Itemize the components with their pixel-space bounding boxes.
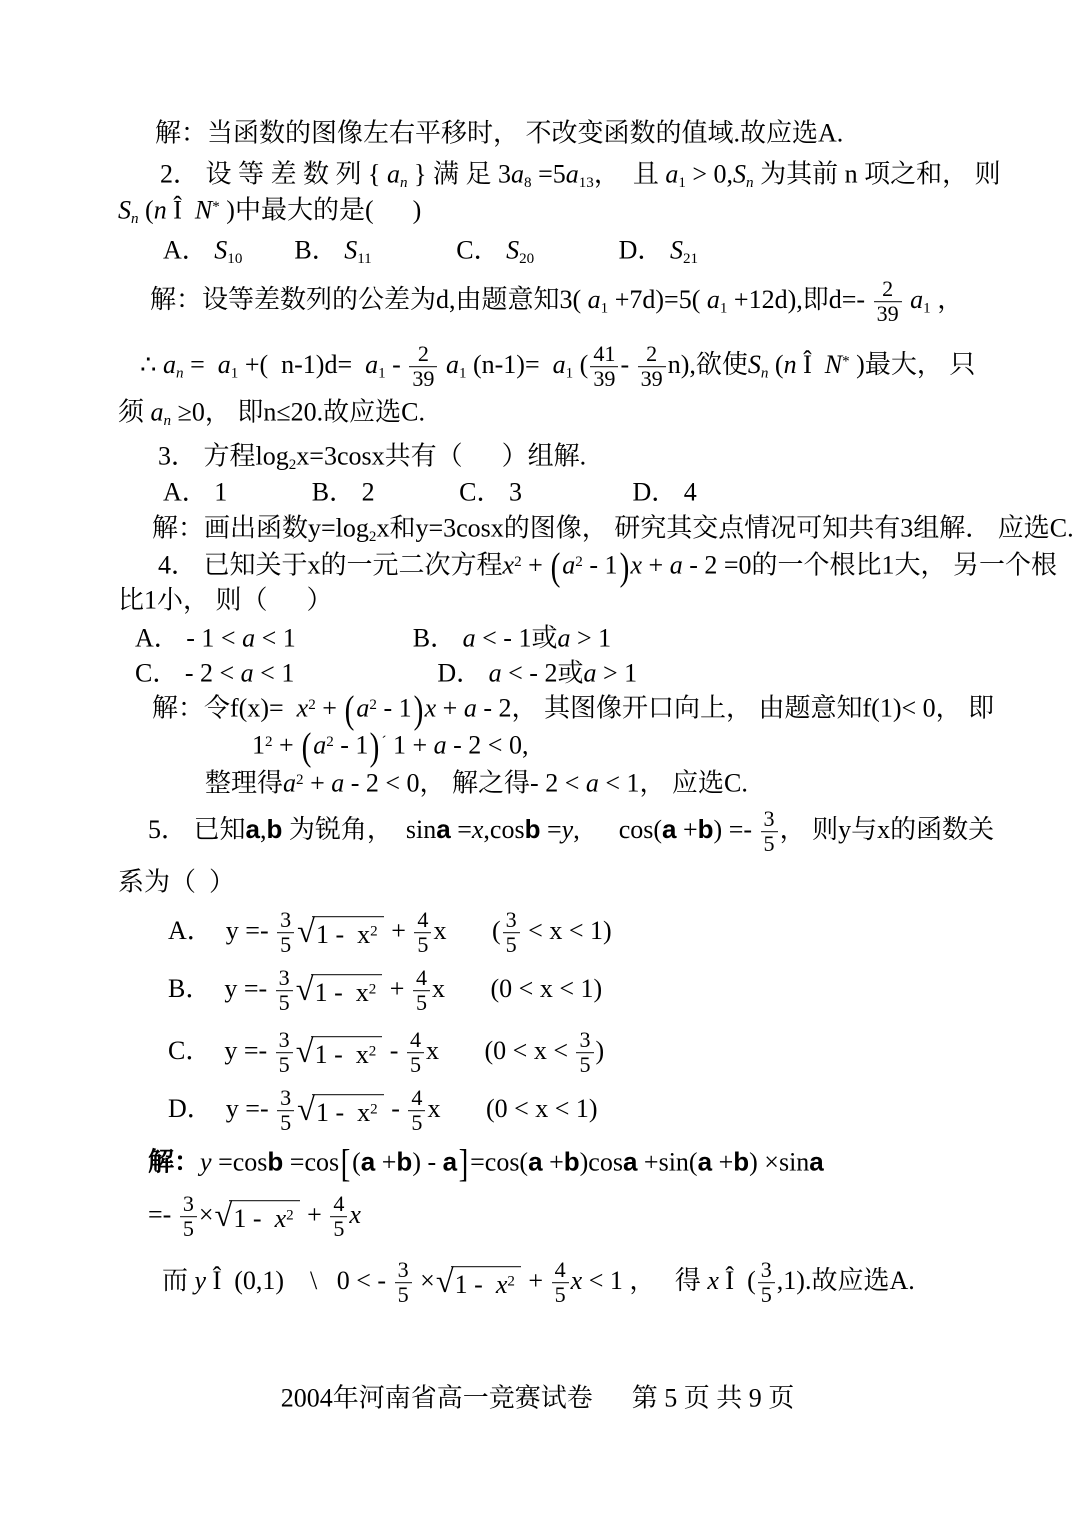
fraction-denominator: 5	[276, 1053, 293, 1078]
math-variable: n	[154, 195, 167, 224]
math-variable: a	[707, 285, 720, 314]
fraction-numerator: 3	[277, 1086, 294, 1110]
radicand: 1 - x2	[311, 1036, 383, 1070]
text-run: +	[301, 1200, 329, 1229]
text-run: ×	[199, 1200, 214, 1229]
fraction-denominator: 5	[408, 1111, 425, 1136]
text-run: - 2， 其图像开口向上， 由题意知f(1)< 0， 即	[477, 694, 994, 723]
math-variable: S	[214, 235, 227, 264]
text-run: +7d)=5(	[608, 285, 707, 314]
fraction-denominator: 5	[330, 1217, 347, 1242]
text-run: (	[768, 350, 783, 379]
problem-2-choices: A． S10 B． S11 C． S20 D． S21	[163, 234, 698, 265]
text-run: C．	[372, 235, 506, 264]
math-variable: a	[586, 768, 599, 797]
subscript: n	[131, 211, 139, 227]
text-run: -	[620, 350, 635, 379]
subscript: 1	[678, 175, 686, 191]
fraction-numerator: 3	[277, 908, 294, 932]
math-variable: a	[151, 397, 164, 426]
text-run: 1 - x	[315, 978, 369, 1007]
big-delimiter: [	[341, 1148, 351, 1181]
fraction-denominator: 5	[180, 1217, 197, 1242]
math-sqrt: √1 - x2	[297, 915, 384, 950]
fraction-denominator: 5	[277, 933, 294, 958]
text-run: 2． 设 等 差 数 列 {	[160, 159, 387, 188]
math-variable: S	[344, 235, 357, 264]
text-run: -	[383, 1036, 405, 1065]
text-run: D．	[534, 235, 670, 264]
text-run: ) =-	[714, 815, 759, 844]
subscript: n	[746, 175, 754, 191]
text-run: +	[383, 974, 411, 1003]
text-run: +	[676, 815, 697, 844]
big-delimiter: )	[619, 551, 629, 584]
math-variable: a	[566, 159, 579, 188]
solution-2-line-3: 须 an ≥0， 即n≤20.故应选C.	[118, 396, 425, 427]
math-variable: a	[434, 731, 447, 760]
math-variable: a	[446, 350, 459, 379]
text-run: Î	[167, 195, 195, 224]
text-run: +	[522, 551, 550, 580]
math-variable: S	[118, 195, 131, 224]
solution-5-line-2: =- 35×√1 - x2 + 45x	[148, 1192, 361, 1242]
math-variable: a	[242, 623, 255, 652]
fraction-numerator: 3	[276, 1028, 293, 1052]
math-fraction: 35	[276, 1028, 293, 1078]
document-page: 解：当函数的图像左右平移时， 不改变函数的值域.故应选A.2． 设 等 差 数 …	[0, 0, 1075, 1518]
text-run: > 0,	[686, 159, 733, 188]
math-variable: a	[313, 731, 326, 760]
fraction-denominator: 5	[758, 1283, 775, 1308]
fraction-denominator: 39	[409, 367, 437, 392]
text-run: - 2 < 0,	[447, 731, 529, 760]
math-fraction: 45	[407, 1028, 424, 1078]
text-run: Î	[797, 350, 825, 379]
math-variable: a	[670, 551, 683, 580]
text-run: 1 -	[455, 1270, 496, 1299]
text-run: ， 且	[594, 159, 666, 188]
superscript: 2	[514, 554, 522, 570]
superscript: 2	[265, 734, 273, 750]
radicand: 1 - x2	[451, 1266, 521, 1300]
greek-variable: a	[361, 1147, 375, 1177]
text-run: =	[540, 815, 561, 844]
text-run: ， 则y与x的函数关	[780, 815, 995, 844]
text-run: ，	[931, 285, 964, 314]
math-variable: a	[588, 285, 601, 314]
text-run: ,cos	[483, 815, 524, 844]
fraction-numerator: 4	[414, 908, 431, 932]
subscript: 1	[923, 300, 931, 316]
superscript: 2	[369, 982, 377, 998]
text-run: 解：画出函数y=log	[152, 513, 369, 542]
text-run: ,1).故应选A.	[777, 1266, 915, 1295]
math-variable: S	[506, 235, 519, 264]
text-run: 1	[252, 731, 265, 760]
solution-3-line: 解：画出函数y=log2x和y=3cosx的图像， 研究其交点情况可知共有3组解…	[152, 512, 1074, 543]
solution-5-line-1: 解：y =cosb =cos[(a +b) - a]=cos(a +b)cosa…	[148, 1147, 824, 1182]
subscript: 13	[579, 175, 594, 191]
math-fraction: 239	[409, 342, 437, 392]
text-run: < 1 B．	[255, 623, 463, 652]
text-run: 解：令f(x)=	[152, 694, 297, 723]
text-run: ∴	[140, 350, 163, 379]
greek-variable: a	[436, 814, 450, 844]
text-run: A． y =-	[168, 916, 275, 945]
math-variable: S	[670, 235, 683, 264]
superscript: *	[212, 199, 220, 215]
fraction-numerator: 2	[879, 277, 896, 301]
math-variable: x	[571, 1266, 583, 1295]
math-fraction: 35	[758, 1258, 775, 1308]
big-delimiter: (	[551, 551, 561, 584]
math-variable: x	[349, 1200, 361, 1229]
text-run: B．	[242, 235, 344, 264]
math-variable: a	[356, 694, 369, 723]
math-variable: x	[503, 551, 515, 580]
solution-1-line: 解：当函数的图像左右平移时， 不改变函数的值域.故应选A.	[155, 117, 843, 148]
fraction-denominator: 39	[590, 367, 618, 392]
text-run: 为其前 n 项之和， 则	[754, 159, 1001, 188]
fraction-denominator: 39	[874, 302, 902, 327]
math-fraction: 45	[330, 1192, 347, 1242]
fraction-numerator: 2	[643, 342, 660, 366]
superscript: 2	[286, 1208, 294, 1224]
subscript: n	[176, 365, 184, 381]
text-run: Î (0,1) \ 0 < -	[206, 1266, 393, 1295]
text-run: 须	[118, 397, 151, 426]
fraction-numerator: 4	[407, 1028, 424, 1052]
fraction-denominator: 5	[552, 1283, 569, 1308]
text-run: - 1	[334, 731, 369, 760]
math-fraction: 239	[874, 277, 902, 327]
subscript: n	[400, 175, 408, 191]
fraction-denominator: 5	[407, 1053, 424, 1078]
text-run: 1 - x	[315, 1040, 369, 1069]
text-run: 为锐角， sin	[282, 815, 436, 844]
text-run: 整理得	[205, 768, 283, 797]
math-variable: a	[553, 350, 566, 379]
math-variable: y	[195, 1266, 207, 1295]
text-run: x (	[433, 916, 500, 945]
math-variable: x	[472, 815, 484, 844]
text-run: A． 1 B． 2 C． 3 D． 4	[163, 477, 697, 506]
text-run: +( n-1)d=	[238, 350, 365, 379]
math-sqrt: √1 - x2	[297, 1093, 384, 1128]
text-run: < 1 ， 得	[582, 1266, 707, 1295]
subscript: 21	[683, 251, 698, 267]
greek-variable: b	[564, 1147, 580, 1177]
fraction-numerator: 3	[276, 966, 293, 990]
fraction-denominator: 39	[638, 367, 666, 392]
text-run: )最大， 只	[850, 350, 976, 379]
text-run: n),欲使	[668, 350, 748, 379]
text-run: x和y=3cosx的图像， 研究其交点情况可知共有3组解． 应选C.	[376, 513, 1073, 542]
text-run: 5． 已知	[148, 815, 246, 844]
text-run: (	[573, 350, 588, 379]
superscript: *	[842, 353, 850, 369]
problem-2-line-1: 2． 设 等 差 数 列 { an } 满 足 3a8 =5a13， 且 a1 …	[160, 158, 1001, 189]
solution-5-line-3: 而 y Î (0,1) \ 0 < - 35 ×√1 - x2 + 45x < …	[162, 1258, 915, 1308]
math-variable: x	[496, 1270, 508, 1299]
math-fraction: 35	[761, 807, 778, 857]
radicand: 1 - x2	[312, 1094, 384, 1128]
math-fraction: 45	[552, 1258, 569, 1308]
problem-4-line-2: 比1小， 则（ ）	[118, 584, 333, 615]
fraction-denominator: 5	[503, 933, 520, 958]
big-delimiter: (	[302, 731, 312, 764]
text-run: A． - 1 <	[135, 623, 242, 652]
math-variable: a	[562, 551, 575, 580]
text-run: +	[712, 1148, 733, 1177]
math-variable: x	[425, 694, 437, 723]
math-variable: a	[489, 658, 502, 687]
fraction-numerator: 3	[503, 908, 520, 932]
math-variable: y	[200, 1148, 212, 1177]
text-run: =5	[532, 159, 566, 188]
math-variable: S	[748, 350, 761, 379]
text-run: x (0 < x <	[426, 1036, 574, 1065]
fraction-numerator: 2	[415, 342, 432, 366]
text-run: A．	[163, 235, 214, 264]
math-fraction: 45	[414, 908, 431, 958]
greek-variable: b	[525, 814, 541, 844]
math-variable: a	[387, 159, 400, 188]
math-variable: x	[297, 694, 309, 723]
math-fraction: 35	[276, 966, 293, 1016]
math-sqrt: √1 - x2	[215, 1199, 300, 1234]
text-run: ) ×sin	[749, 1148, 809, 1177]
text-run: 比1小， 则（ ）	[118, 585, 333, 614]
superscript: 2	[575, 554, 583, 570]
text-run: C． - 2 <	[135, 658, 241, 687]
math-variable: a	[463, 623, 476, 652]
math-fraction: 35	[576, 1028, 593, 1078]
math-sqrt: √1 - x2	[436, 1265, 521, 1300]
math-variable: a	[557, 623, 570, 652]
text-run: +	[385, 916, 413, 945]
text-run: < - 2或	[502, 658, 584, 687]
fraction-denominator: 5	[761, 832, 778, 857]
solution-4-line-1: 解：令f(x)= x2 + (a2 - 1)x + a - 2， 其图像开口向上…	[152, 693, 994, 728]
math-variable: a	[218, 350, 231, 379]
text-run: ) -	[412, 1148, 442, 1177]
solution-2-line-1: 解：设等差数列的公差为d,由题意知3( a1 +7d)=5( a1 +12d),…	[150, 277, 963, 327]
text-run: - 2 < 0， 解之得- 2 <	[344, 768, 586, 797]
problem-2-line-2: Sn (n Î N* )中最大的是( )	[118, 194, 421, 225]
fraction-denominator: 5	[576, 1053, 593, 1078]
math-fraction: 35	[277, 1086, 294, 1136]
solution-2-line-2: ∴ an = a1 +( n-1)d= a1 - 239 a1 (n-1)= a…	[140, 342, 975, 392]
math-variable: a	[241, 658, 254, 687]
fraction-denominator: 5	[277, 1111, 294, 1136]
text-run: 4． 已知关于x的一元二次方程	[158, 551, 503, 580]
bold-text: 解：	[148, 1148, 200, 1177]
text-run: =cos	[212, 1148, 268, 1177]
text-run: +	[304, 768, 332, 797]
big-delimiter: ]	[459, 1148, 469, 1181]
fraction-numerator: 4	[552, 1258, 569, 1282]
problem-4-choices-ab: A． - 1 < a < 1 B． a < - 1或a > 1	[135, 622, 611, 653]
greek-variable: a	[662, 814, 676, 844]
problem-4-choices-cd: C． - 2 < a < 1 D． a < - 2或a > 1	[135, 657, 637, 688]
text-run: =cos(	[470, 1148, 528, 1177]
fraction-numerator: 41	[590, 342, 618, 366]
greek-variable: a	[809, 1147, 823, 1177]
greek-variable: b	[396, 1147, 412, 1177]
text-run: -	[386, 350, 408, 379]
text-run: =-	[148, 1200, 178, 1229]
text-run: (	[139, 195, 154, 224]
text-run: ×	[414, 1266, 435, 1295]
subscript: n	[164, 413, 172, 429]
text-run: 1 -	[233, 1204, 274, 1233]
fraction-numerator: 3	[576, 1028, 593, 1052]
math-variable: n	[784, 350, 797, 379]
text-run: < x < 1)	[522, 916, 612, 945]
text-run: B． y =-	[168, 974, 274, 1003]
problem-5-choice-c: C． y =- 35√1 - x2 - 45x (0 < x < 35)	[168, 1028, 604, 1078]
math-fraction: 239	[638, 342, 666, 392]
page-footer: 2004年河南省高一竞赛试卷 第 5 页 共 9 页	[0, 1378, 1075, 1415]
solution-4-line-2: 12 + (a2 - 1)´ 1 + a - 2 < 0,	[252, 730, 528, 765]
subscript: 11	[357, 251, 372, 267]
text-run: - 1	[377, 694, 412, 723]
text-run: =cos	[283, 1148, 339, 1177]
greek-variable: a	[528, 1147, 542, 1177]
problem-5-choice-b: B． y =- 35√1 - x2 + 45x (0 < x < 1)	[168, 966, 602, 1016]
greek-variable: b	[267, 1147, 283, 1177]
radicand: 1 - x2	[311, 974, 383, 1008]
math-fraction: 45	[413, 966, 430, 1016]
math-variable: y	[562, 815, 574, 844]
problem-5-choice-a: A． y =- 35√1 - x2 + 45x (35 < x < 1)	[168, 908, 612, 958]
problem-5-line-2: 系为（ ）	[118, 866, 235, 897]
big-delimiter: (	[345, 694, 355, 727]
radicand: 1 - x2	[229, 1200, 299, 1234]
problem-5-choice-d: D． y =- 35√1 - x2 - 45x (0 < x < 1)	[168, 1086, 598, 1136]
text-run: ≥0， 即n≤20.故应选C.	[171, 397, 425, 426]
greek-variable: b	[266, 814, 282, 844]
text-run: =	[451, 815, 472, 844]
math-variable: a	[583, 658, 596, 687]
greek-variable: a	[623, 1147, 637, 1177]
problem-3-choices: A． 1 B． 2 C． 3 D． 4	[163, 476, 697, 507]
text-run: +	[375, 1148, 396, 1177]
math-variable: N	[825, 350, 842, 379]
text-run: 1 - x	[316, 920, 370, 949]
text-run: < 1 D．	[254, 658, 489, 687]
fraction-numerator: 3	[758, 1258, 775, 1282]
text-run: x (0 < x < 1)	[427, 1094, 597, 1123]
text-run: +	[316, 694, 344, 723]
math-variable: x	[631, 551, 643, 580]
math-variable: S	[733, 159, 746, 188]
math-variable: a	[665, 159, 678, 188]
math-variable: x	[275, 1204, 287, 1233]
fraction-numerator: 3	[395, 1258, 412, 1282]
big-delimiter: )	[370, 731, 380, 764]
problem-5-line-1: 5． 已知a,b 为锐角， sina =x,cosb =y, cos(a +b)…	[148, 807, 994, 857]
big-delimiter: )	[413, 694, 423, 727]
greek-variable: a	[698, 1147, 712, 1177]
fraction-denominator: 5	[414, 933, 431, 958]
superscript: 2	[369, 1044, 377, 1060]
text-run: 解：当函数的图像左右平移时， 不改变函数的值域.故应选A.	[155, 118, 843, 147]
text-run: +sin(	[637, 1148, 697, 1177]
radicand: 1 - x2	[312, 916, 384, 950]
text-run: - 2 =0的一个根比1大， 另一个根	[683, 551, 1057, 580]
text-run: +	[543, 1148, 564, 1177]
text-run: Î (	[719, 1266, 756, 1295]
math-variable: a	[331, 768, 344, 797]
subscript: 1	[378, 365, 386, 381]
text-run: > 1	[596, 658, 637, 687]
math-variable: a	[464, 694, 477, 723]
superscript: 2	[369, 697, 377, 713]
superscript: 2	[308, 697, 316, 713]
math-variable: a	[511, 159, 524, 188]
fraction-numerator: 3	[761, 807, 778, 831]
text-run: > 1	[570, 623, 611, 652]
problem-4-line-1: 4． 已知关于x的一元二次方程x2 + (a2 - 1)x + a - 2 =0…	[158, 550, 1057, 585]
text-run: )	[596, 1036, 605, 1065]
math-variable: a	[365, 350, 378, 379]
text-run: 1 +	[386, 731, 433, 760]
fraction-numerator: 4	[413, 966, 430, 990]
text-run: )cos	[580, 1148, 623, 1177]
superscript: 2	[507, 1274, 515, 1290]
greek-variable: a	[443, 1147, 457, 1177]
text-run: 3． 方程log	[158, 441, 289, 470]
math-variable: x	[707, 1266, 719, 1295]
greek-variable: b	[733, 1147, 749, 1177]
subscript: 10	[227, 251, 242, 267]
math-variable: a	[910, 285, 923, 314]
problem-3-line: 3． 方程log2x=3cosx共有（ ）组解.	[158, 440, 586, 471]
text-run: x (0 < x < 1)	[432, 974, 602, 1003]
text-run: } 满 足 3	[408, 159, 511, 188]
text-run: +	[642, 551, 670, 580]
text-run: +	[273, 731, 301, 760]
fraction-denominator: 5	[413, 991, 430, 1016]
fraction-numerator: 4	[408, 1086, 425, 1110]
text-run: )中最大的是( )	[220, 195, 421, 224]
superscript: 2	[296, 772, 304, 788]
superscript: 2	[370, 924, 378, 940]
text-run: C． y =-	[168, 1036, 274, 1065]
math-fraction: 35	[277, 908, 294, 958]
greek-variable: a	[246, 814, 260, 844]
text-run: (	[352, 1148, 361, 1177]
text-run: x=3cosx共有（ ）组解.	[296, 441, 586, 470]
text-run: 解：设等差数列的公差为d,由题意知3(	[150, 285, 588, 314]
math-variable: a	[283, 768, 296, 797]
subscript: 20	[519, 251, 534, 267]
text-run: -	[385, 1094, 407, 1123]
text-run: - 1	[583, 551, 618, 580]
fraction-denominator: 5	[395, 1283, 412, 1308]
superscript: 2	[326, 734, 334, 750]
subscript: 8	[524, 175, 532, 191]
text-run: < 1， 应选C.	[599, 768, 748, 797]
math-sqrt: √1 - x2	[296, 973, 383, 1008]
text-run: 系为（ ）	[118, 867, 235, 896]
fraction-numerator: 3	[180, 1192, 197, 1216]
math-variable: a	[163, 350, 176, 379]
solution-4-line-3: 整理得a2 + a - 2 < 0， 解之得- 2 < a < 1， 应选C.	[205, 767, 748, 798]
